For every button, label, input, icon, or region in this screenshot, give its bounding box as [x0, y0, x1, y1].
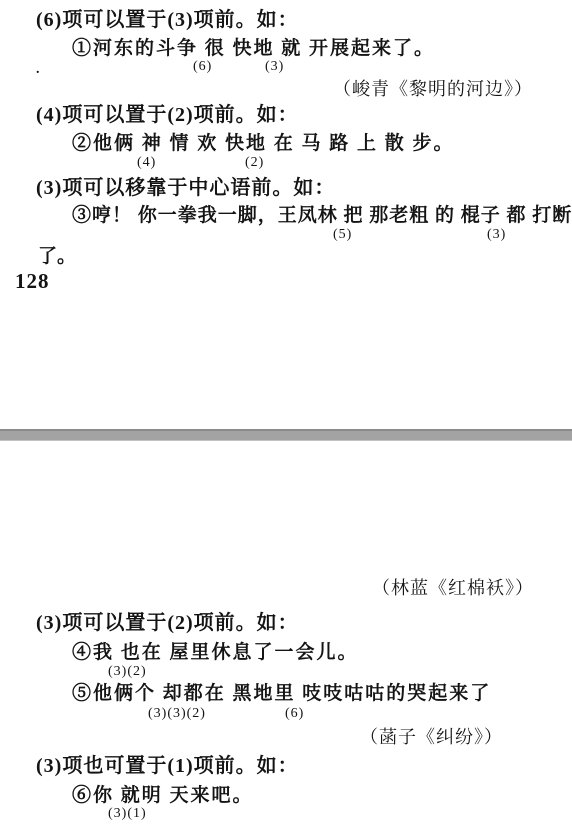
annotation-row-4: (3)(2): [0, 665, 572, 681]
scanned-textbook-page: (6)项可以置于(3)项前。如： ①河东的斗争 很 快地 就 开展起来了。 (6…: [0, 0, 572, 824]
annotation-number: (2): [245, 156, 264, 170]
source-attribution-1: （峻青《黎明的河边》）: [333, 80, 533, 100]
annotation-number: (3): [265, 60, 284, 74]
example-sentence-6: ⑥你 就明 天来吧。: [72, 786, 254, 807]
annotation-number: (3)(3)(2): [148, 707, 206, 721]
example-sentence-2: ②他俩 神 情 欢 快地 在 马 路 上 散 步。: [72, 134, 455, 155]
section-heading-3-before-1: (3)项也可置于(1)项前。如：: [36, 755, 299, 777]
annotation-row-3: (5) (3): [0, 228, 572, 244]
example-sentence-1: ①河东的斗争 很 快地 就 开展起来了。: [72, 39, 435, 60]
example-sentence-4: ④我 也在 屋里休息了一会儿。: [72, 643, 359, 664]
annotation-number: (3)(2): [108, 665, 147, 679]
example-sentence-3: ③哼！ 你一拳我一脚，王凤林 把 那老粗 的 棍子 都 打断: [72, 206, 572, 227]
annotation-number: (4): [137, 156, 156, 170]
source-attribution-3: （菡子《纠纷》）: [360, 728, 503, 748]
annotation-number: (6): [193, 60, 212, 74]
section-heading-6-before-3: (6)项可以置于(3)项前。如：: [36, 9, 299, 31]
annotation-row-6: (3)(1): [0, 807, 572, 823]
section-heading-4-before-2: (4)项可以置于(2)项前。如：: [36, 104, 299, 126]
annotation-number: (5): [333, 228, 352, 242]
annotation-row-5: (3)(3)(2) (6): [0, 707, 572, 723]
scan-ink-dot: .: [36, 63, 40, 77]
section-heading-3-before-head: (3)项可以移靠于中心语前。如：: [36, 177, 335, 199]
page-number: 128: [15, 271, 50, 292]
annotation-row-1: (6) (3): [0, 60, 572, 76]
page-divider-bar: [0, 429, 572, 441]
example-sentence-5: ⑤他俩个 却都在 黑地里 吱吱咕咕的哭起来了: [72, 684, 491, 705]
section-heading-3-before-2: (3)项可以置于(2)项前。如：: [36, 612, 299, 634]
annotation-row-2: (4) (2): [0, 156, 572, 172]
annotation-number: (3)(1): [108, 807, 147, 821]
annotation-number: (6): [285, 707, 304, 721]
example-sentence-3-continuation: 了。: [38, 247, 76, 268]
annotation-number: (3): [487, 228, 506, 242]
source-attribution-2: （林蓝《红棉袄》）: [372, 579, 534, 599]
